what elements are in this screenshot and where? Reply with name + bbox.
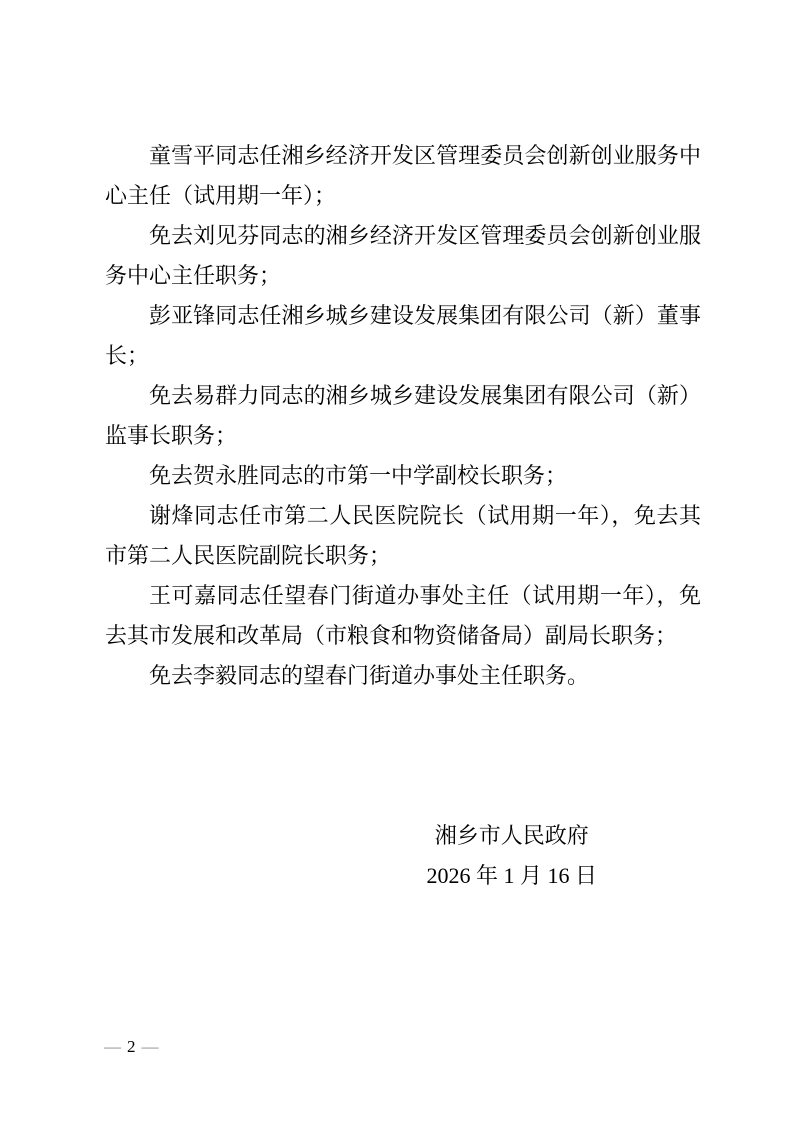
paragraph-appointment-4: 王可嘉同志任望春门街道办事处主任（试用期一年），免去其市发展和改革局（市粮食和物…	[105, 576, 701, 656]
paragraph-dismissal-2: 免去易群力同志的湘乡城乡建设发展集团有限公司（新）监事长职务；	[105, 376, 701, 456]
document-page: 童雪平同志任湘乡经济开发区管理委员会创新创业服务中心主任（试用期一年）； 免去刘…	[0, 0, 793, 1122]
signature-issuer: 湘乡市人民政府	[426, 816, 597, 856]
paragraph-appointment-3: 谢烽同志任市第二人民医院院长（试用期一年），免去其市第二人民医院副院长职务；	[105, 496, 701, 576]
paragraph-appointment-1: 童雪平同志任湘乡经济开发区管理委员会创新创业服务中心主任（试用期一年）；	[105, 136, 701, 216]
paragraph-dismissal-3: 免去贺永胜同志的市第一中学副校长职务；	[105, 456, 701, 496]
signature-block: 湘乡市人民政府 2026 年 1 月 16 日	[426, 816, 597, 896]
paragraph-appointment-2: 彭亚锋同志任湘乡城乡建设发展集团有限公司（新）董事长；	[105, 296, 701, 376]
footer-right-dash: —	[142, 1036, 159, 1058]
paragraph-dismissal-4: 免去李毅同志的望春门街道办事处主任职务。	[105, 656, 701, 696]
paragraph-dismissal-1: 免去刘见芬同志的湘乡经济开发区管理委员会创新创业服务中心主任职务；	[105, 216, 701, 296]
footer-left-dash: —	[104, 1036, 121, 1058]
document-body: 童雪平同志任湘乡经济开发区管理委员会创新创业服务中心主任（试用期一年）； 免去刘…	[105, 136, 701, 696]
page-number: 2	[127, 1036, 136, 1058]
page-footer: — 2 —	[104, 1036, 159, 1058]
signature-date: 2026 年 1 月 16 日	[426, 856, 597, 896]
